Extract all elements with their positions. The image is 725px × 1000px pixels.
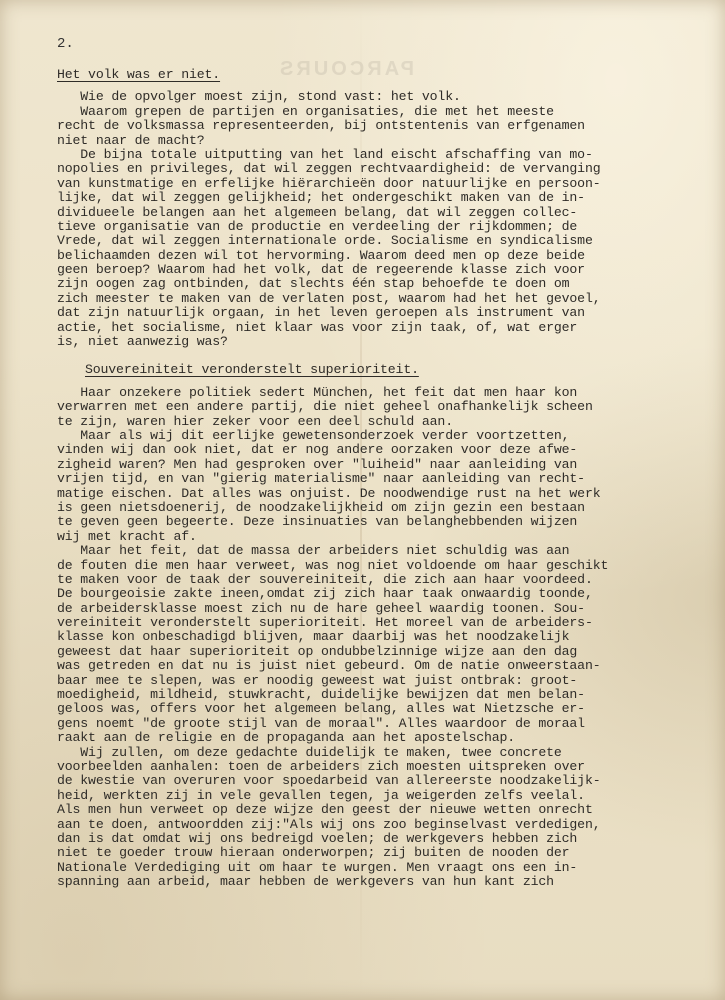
text-line: Vrede, dat wil zeggen internationale ord…: [57, 234, 697, 248]
text-line: Wij zullen, om deze gedachte duidelijk t…: [57, 746, 697, 760]
text-line: baar mee te slepen, was er noodig gewees…: [57, 674, 697, 688]
text-line: te maken voor de taak der souvereiniteit…: [57, 573, 697, 587]
text-line: te geven geen begeerte. Deze insinuaties…: [57, 515, 697, 529]
text-line: Maar als wij dit eerlijke gewetensonderz…: [57, 429, 697, 443]
text-line: tieve organisatie van de productie en ve…: [57, 220, 697, 234]
text-line: Maar het feit, dat de massa der arbeider…: [57, 544, 697, 558]
text-line: Wie de opvolger moest zijn, stond vast: …: [57, 90, 697, 104]
text-line: de arbeidersklasse moest zich nu de hare…: [57, 602, 697, 616]
text-line: recht de volksmassa representeerden, bij…: [57, 119, 697, 133]
text-line: Waarom grepen de partijen en organisatie…: [57, 105, 697, 119]
text-line: dan is dat omdat wij ons bedreigd voelen…: [57, 832, 697, 846]
text-line: nopolies en privileges, dat wil zeggen r…: [57, 162, 697, 176]
section-heading-1: Het volk was er niet.: [57, 68, 697, 82]
text-line: geloos was, offers voor het algemeen bel…: [57, 702, 697, 716]
text-line: dat zijn natuurlijk orgaan, in het leven…: [57, 306, 697, 320]
text-line: actie, het socialisme, niet klaar was vo…: [57, 321, 697, 335]
text-line: Als men hun verweet op deze wijze den ge…: [57, 803, 697, 817]
text-line: raakt aan de religie en de propaganda aa…: [57, 731, 697, 745]
text-line: zijn oogen zag ontbinden, dat slechts éé…: [57, 277, 697, 291]
text-line: vrijen tijd, en van "gierig materialisme…: [57, 472, 697, 486]
text-line: de kwestie van overuren voor spoedarbeid…: [57, 774, 697, 788]
text-line: zigheid waren? Men had gesproken over "l…: [57, 458, 697, 472]
text-line: aan te doen, antwoordden zij:"Als wij on…: [57, 818, 697, 832]
text-line: niet te goeder trouw hieraan onderworpen…: [57, 846, 697, 860]
text-line: De bijna totale uitputting van het land …: [57, 148, 697, 162]
text-line: zich meester te maken van de verlaten po…: [57, 292, 697, 306]
text-line: was getreden en dat nu is juist niet geb…: [57, 659, 697, 673]
document-page: PARCOURS 2. Het volk was er niet. Wie de…: [0, 0, 725, 1000]
text-line: De bourgeoisie zakte ineen,omdat zij zic…: [57, 587, 697, 601]
text-line: matige eischen. Dat alles was onjuist. D…: [57, 487, 697, 501]
text-line: de fouten die men haar verweet, was nog …: [57, 559, 697, 573]
text-line: voorbeelden aanhalen: toen de arbeiders …: [57, 760, 697, 774]
text-line: moedigheid, mildheid, stuwkracht, duidel…: [57, 688, 697, 702]
text-line: wij met kracht af.: [57, 530, 697, 544]
text-line: dividueele belangen aan het algemeen bel…: [57, 206, 697, 220]
text-line: niet naar de macht?: [57, 134, 697, 148]
text-line: klasse kon onbeschadigd blijven, maar da…: [57, 630, 697, 644]
text-line: spanning aan arbeid, maar hebben de werk…: [57, 875, 697, 889]
text-line: lijke, dat wil zeggen gelijkheid; het on…: [57, 191, 697, 205]
section-2-body: Haar onzekere politiek sedert München, h…: [57, 386, 697, 890]
text-line: is, niet aanwezig was?: [57, 335, 697, 349]
text-line: van kunstmatige en erfelijke hiërarchieë…: [57, 177, 697, 191]
text-line: vereiniteit veronderstelt superioriteit.…: [57, 616, 697, 630]
typewritten-body: Het volk was er niet. Wie de opvolger mo…: [57, 68, 697, 889]
text-line: belichaamden dezen wil tot hervorming. W…: [57, 249, 697, 263]
section-heading-2: Souvereiniteit veronderstelt superiorite…: [57, 363, 697, 377]
text-line: verwarren met een andere partij, die nie…: [57, 400, 697, 414]
text-line: heid, werkten zij in vele gevallen tegen…: [57, 789, 697, 803]
section-1-body: Wie de opvolger moest zijn, stond vast: …: [57, 90, 697, 349]
text-line: is geen nietsdoenerij, de noodzakelijkhe…: [57, 501, 697, 515]
text-line: Nationale Verdediging uit om haar te wur…: [57, 861, 697, 875]
text-line: Haar onzekere politiek sedert München, h…: [57, 386, 697, 400]
text-line: te zijn, waren hier zeker voor een deel …: [57, 415, 697, 429]
text-line: geen beroep? Waarom had het volk, dat de…: [57, 263, 697, 277]
text-line: vinden wij dan ook niet, dat er nog ande…: [57, 443, 697, 457]
page-number: 2.: [57, 36, 74, 52]
text-line: geweest dat haar superioriteit op ondubb…: [57, 645, 697, 659]
text-line: gens noemt "de groote stijl van de moraa…: [57, 717, 697, 731]
